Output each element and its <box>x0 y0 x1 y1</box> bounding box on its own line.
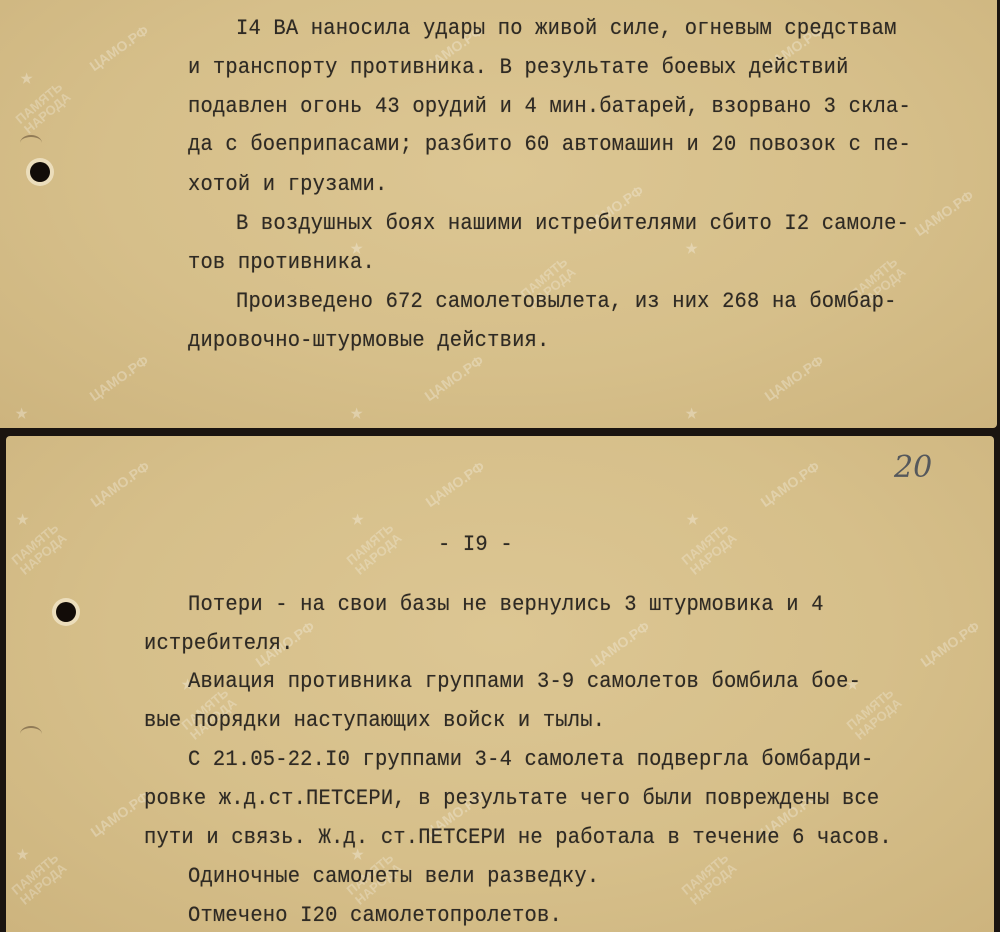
text-line: Одиночные самолеты вели разведку. <box>188 864 599 889</box>
watermark-project: ПАМЯТЬНАРОДА <box>13 80 73 136</box>
text-line: С 21.05-22.I0 группами 3-4 самолета подв… <box>188 747 874 772</box>
document-page-bottom: ЦАМО.РФ ЦАМО.РФ ЦАМО.РФ ЦАМО.РФ ЦАМО.РФ … <box>6 436 994 932</box>
text-line: Авиация противника группами 3-9 самолето… <box>188 669 861 694</box>
text-line: дировочно-штурмовые действия. <box>188 328 549 353</box>
watermark-project: ПАМЯТЬНАРОДА <box>679 521 739 577</box>
watermark-star-icon: ★ <box>20 65 33 91</box>
watermark-project: ПАМЯТЬНАРОДА <box>344 521 404 577</box>
watermark-archive: ЦАМО.РФ <box>88 788 153 840</box>
watermark-star-icon: ★ <box>15 400 28 426</box>
watermark-project: ПАМЯТЬНАРОДА <box>844 686 904 742</box>
document-page-top: ЦАМО.РФ ЦАМО.РФ ЦАМО.РФ ЦАМО.РФ ЦАМО.РФ … <box>0 0 997 428</box>
watermark-project: ПАМЯТЬНАРОДА <box>9 521 69 577</box>
watermark-archive: ЦАМО.РФ <box>87 352 152 404</box>
paper-tear <box>20 135 42 151</box>
text-line: и транспорту противника. В результате бо… <box>188 55 849 80</box>
watermark-star-icon: ★ <box>350 400 363 426</box>
text-line: ровке ж.д.ст.ПЕТСЕРИ, в результате чего … <box>144 786 879 811</box>
watermark-archive: ЦАМО.РФ <box>758 458 823 510</box>
text-line: I4 ВА наносила удары по живой силе, огне… <box>236 16 897 41</box>
watermark-archive: ЦАМО.РФ <box>762 352 827 404</box>
page-number: - I9 - <box>438 532 513 557</box>
text-line: Произведено 672 самолетовылета, из них 2… <box>236 289 897 314</box>
archive-sheet-number: 20 <box>894 450 932 485</box>
text-line: тов противника. <box>188 250 375 275</box>
text-line: вые порядки наступающих войск и тылы. <box>144 708 605 733</box>
watermark-star-icon: ★ <box>351 506 364 532</box>
text-line: истребителя. <box>144 631 294 656</box>
text-line: Отмечено I20 самолетопролетов. <box>188 903 562 928</box>
watermark-project: ПАМЯТЬНАРОДА <box>679 851 739 907</box>
watermark-archive: ЦАМО.РФ <box>423 458 488 510</box>
text-line: В воздушных боях нашими истребителями сб… <box>236 211 909 236</box>
text-line: пути и связь. Ж.д. ст.ПЕТСЕРИ не работал… <box>144 825 892 850</box>
watermark-star-icon: ★ <box>685 235 698 261</box>
text-line: подавлен огонь 43 орудий и 4 мин.батарей… <box>188 94 911 119</box>
watermark-archive: ЦАМО.РФ <box>918 618 983 670</box>
watermark-archive: ЦАМО.РФ <box>88 458 153 510</box>
watermark-star-icon: ★ <box>16 506 29 532</box>
text-line: Потери - на свои базы не вернулись 3 шту… <box>188 592 824 617</box>
paper-tear <box>20 726 42 742</box>
watermark-star-icon: ★ <box>686 506 699 532</box>
watermark-archive: ЦАМО.РФ <box>912 187 977 239</box>
watermark-archive: ЦАМО.РФ <box>422 352 487 404</box>
watermark-archive: ЦАМО.РФ <box>87 22 152 74</box>
watermark-star-icon: ★ <box>16 841 29 867</box>
watermark-star-icon: ★ <box>685 400 698 426</box>
text-line: да с боеприпасами; разбито 60 автомашин … <box>188 132 911 157</box>
punch-hole <box>56 602 76 622</box>
watermark-project: ПАМЯТЬНАРОДА <box>9 851 69 907</box>
text-line: хотой и грузами. <box>188 172 387 197</box>
punch-hole <box>30 162 50 182</box>
watermark-archive: ЦАМО.РФ <box>588 618 653 670</box>
